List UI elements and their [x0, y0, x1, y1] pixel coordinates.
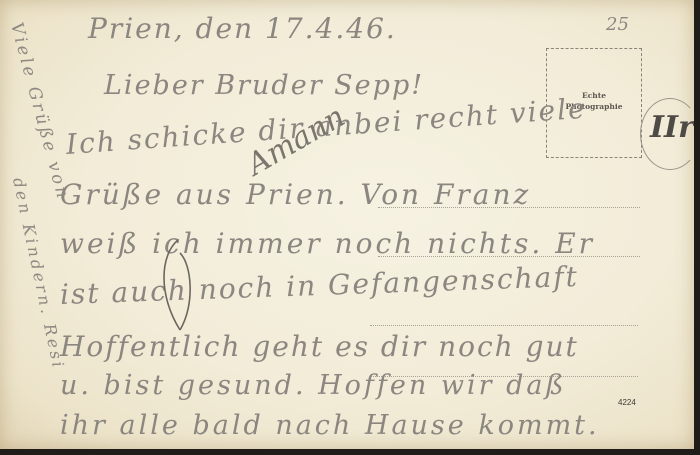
letter-line-2: Grüße aus Prien. Von Franz [60, 178, 531, 211]
pencil-scribble-mark [150, 235, 210, 345]
margin-line-1: Viele Grüße von [6, 20, 73, 203]
letter-line-3: weiß ich immer noch nichts. Er [60, 227, 595, 260]
letter-line-7: ihr alle bald nach Hause kommt. [60, 410, 600, 441]
print-number: 4224 [618, 398, 636, 407]
letter-line-4: ist auch noch in Gefangenschaft [59, 260, 579, 311]
corner-pencil-number: 25 [606, 14, 629, 35]
address-line-3 [370, 325, 638, 326]
scan-edge-right [694, 0, 700, 455]
salutation: Lieber Bruder Sepp! [104, 70, 424, 101]
scan-edge-bottom [0, 449, 700, 455]
letter-line-6: u. bist gesund. Hoffen wir daß [60, 370, 567, 401]
circled-mark-text: IIr [650, 110, 694, 145]
letter-line-5: Hoffentlich geht es dir noch gut [60, 330, 579, 363]
postcard-back: Prien, den 17.4.46. 25 Lieber Bruder Sep… [0, 0, 694, 449]
place-date: Prien, den 17.4.46. [88, 12, 397, 45]
